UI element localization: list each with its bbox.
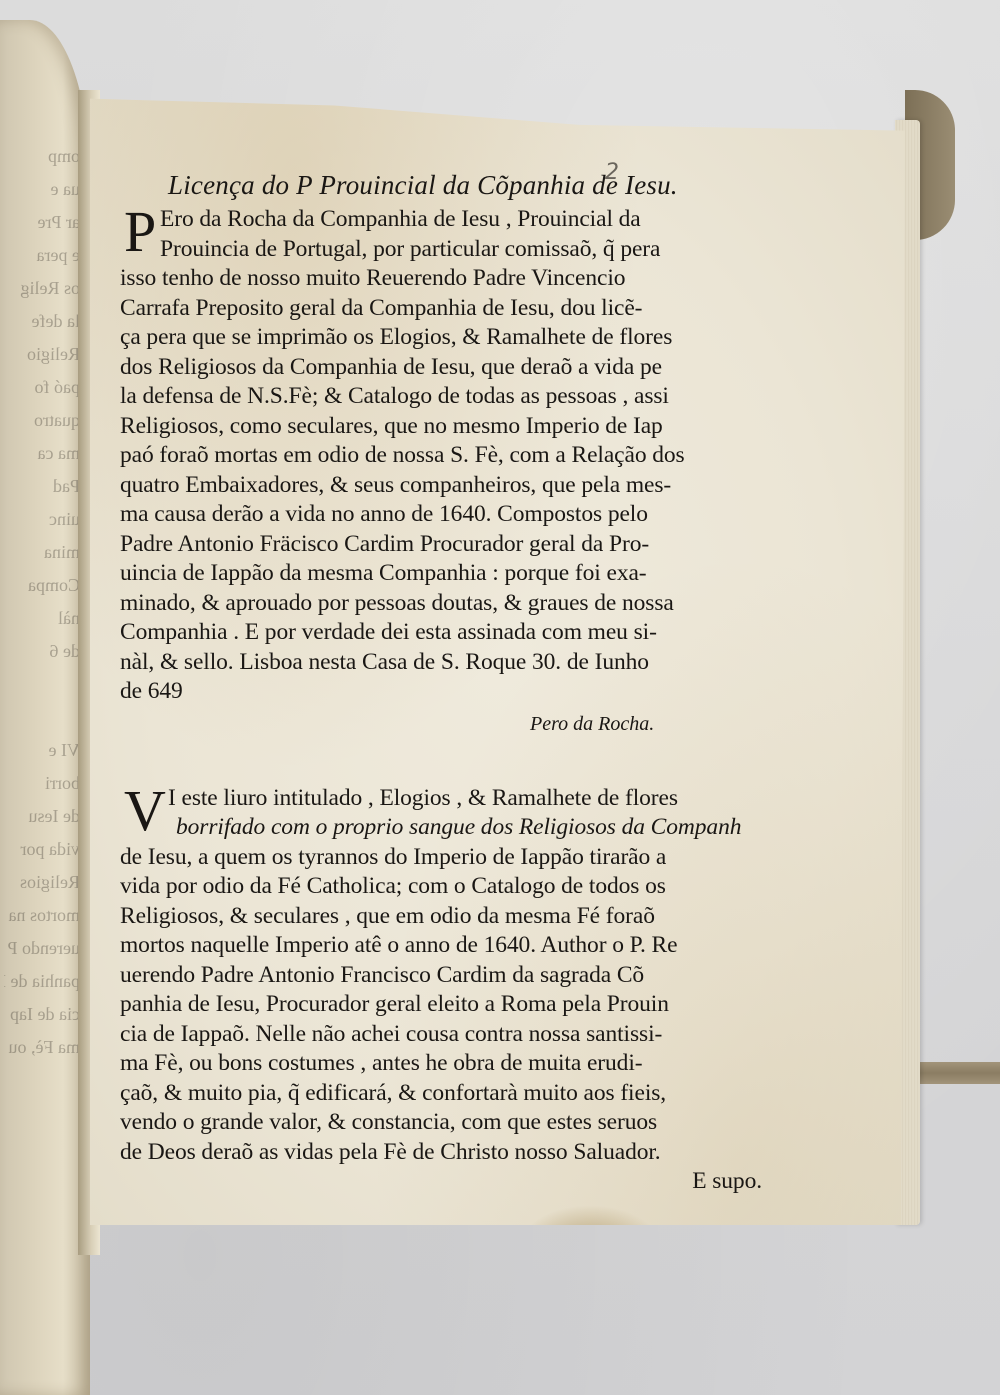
text-line: nàl, & sello. Lisboa nesta Casa de S. Ro… <box>120 648 770 678</box>
text-line: panhia de Iesu, Procurador geral eleito … <box>120 990 770 1020</box>
text-line: Religiosos, como seculares, que no mesmo… <box>120 412 770 442</box>
text-line: Companhia . E por verdade dei esta assin… <box>120 618 770 648</box>
text-line: Carrafa Preposito geral da Companhia de … <box>120 294 770 324</box>
license-heading: Licença do P Prouincial da Cõpanhia de I… <box>168 170 770 201</box>
text-line: minado, & aprouado por pessoas doutas, &… <box>120 589 770 619</box>
cloth-tie-strap-bottom <box>910 1062 1000 1084</box>
catchword: E supo. <box>120 1167 770 1197</box>
left-page-show-through-text: omp ua e ar Pre e pera os Relig la defe … <box>4 140 80 1140</box>
page-text: Licença do P Prouincial da Cõpanhia de I… <box>120 170 770 1197</box>
text-line: quatro Embaixadores, & seus companheiros… <box>120 471 770 501</box>
drop-cap-p: P <box>124 205 156 259</box>
text-line: çaõ, & muito pia, q̃ edificará, & confor… <box>120 1079 770 1109</box>
text-line: dos Religiosos da Companhia de Iesu, que… <box>120 353 770 383</box>
text-line: borrifado com o proprio sangue dos Relig… <box>120 813 770 843</box>
text-line: Prouincia de Portugal, por particular co… <box>120 235 770 265</box>
text-line: de Iesu, a quem os tyrannos do Imperio d… <box>120 843 770 873</box>
text-line: ma causa derão a vida no anno de 1640. C… <box>120 500 770 530</box>
approval-paragraph: V I este liuro intitulado , Elogios , & … <box>120 784 770 1197</box>
text-line: ça pera que se imprimão os Elogios, & Ra… <box>120 323 770 353</box>
text-line: cia de Iappaõ. Nelle não achei cousa con… <box>120 1020 770 1050</box>
text-line: la defensa de N.S.Fè; & Catalogo de toda… <box>120 382 770 412</box>
text-line: Religiosos, & seculares , que em odio da… <box>120 902 770 932</box>
text-line: paó foraõ mortas em odio de nossa S. Fè,… <box>120 441 770 471</box>
text-line: ma Fè, ou bons costumes , antes he obra … <box>120 1049 770 1079</box>
text-line: I este liuro intitulado , Elogios , & Ra… <box>120 784 770 814</box>
left-facing-page: omp ua e ar Pre e pera os Relig la defe … <box>0 20 90 1395</box>
text-line: vendo o grande valor, & constancia, com … <box>120 1108 770 1138</box>
text-line: Ero da Rocha da Companhia de Iesu , Prou… <box>120 205 770 235</box>
license-paragraph: P Ero da Rocha da Companhia de Iesu , Pr… <box>120 205 770 736</box>
text-line: mortos naquelle Imperio atê o anno de 16… <box>120 931 770 961</box>
text-line: uincia de Iappão da mesma Companhia : po… <box>120 559 770 589</box>
text-line: de Deos deraõ as vidas pela Fè de Christ… <box>120 1138 770 1168</box>
text-line: vida por odio da Fé Catholica; com o Cat… <box>120 872 770 902</box>
drop-cap-v: V <box>124 784 166 838</box>
signature: Pero da Rocha. <box>530 713 770 736</box>
text-line: Padre Antonio Fräcisco Cardim Procurador… <box>120 530 770 560</box>
text-line: isso tenho de nosso muito Reuerendo Padr… <box>120 264 770 294</box>
text-line: uerendo Padre Antonio Francisco Cardim d… <box>120 961 770 991</box>
text-line: de 649 <box>120 677 770 707</box>
